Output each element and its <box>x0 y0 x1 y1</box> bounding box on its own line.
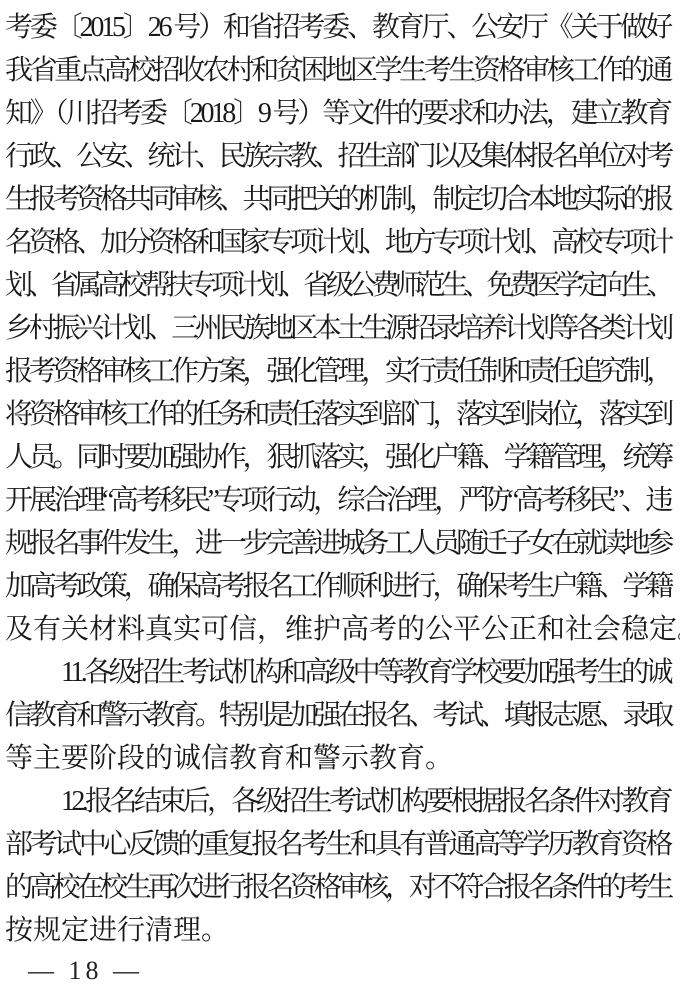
page-number: — 18 — <box>28 956 143 986</box>
text-line: 按规定进行清理。 <box>5 909 670 952</box>
text-line: 知》（川招考委〔2018〕9 号）等文件的要求和办法，建立教育 <box>5 92 670 135</box>
text-line: 部考试中心反馈的重复报名考生和具有普通高等学历教育资格 <box>5 823 670 866</box>
text-line: 等主要阶段的诚信教育和警示教育。 <box>5 737 670 780</box>
text-line: 考委〔2015〕26 号）和省招考委、教育厅、公安厅《关于做好 <box>5 6 670 49</box>
text-line: 我省重点高校招收农村和贫困地区学生考生资格审核工作的通 <box>5 49 670 92</box>
text-line: 划、省属高校帮扶专项计划、省级公费师范生、免费医学定向生、 <box>5 264 670 307</box>
text-line: 生报考资格共同审核、共同把关的机制，制定切合本地实际的报 <box>5 178 670 221</box>
text-line: 开展治理“高考移民”专项行动，综合治理，严防“高考移民”、违 <box>5 479 670 522</box>
text-line: 的高校在校生再次进行报名资格审核，对不符合报名条件的考生 <box>5 866 670 909</box>
text-line: 加高考政策，确保高考报名工作顺利进行，确保考生户籍、学籍 <box>5 565 670 608</box>
text-line: 11.各级招生考试机构和高级中等教育学校要加强考生的诚 <box>5 651 670 694</box>
document-page: 考委〔2015〕26 号）和省招考委、教育厅、公安厅《关于做好 我省重点高校招收… <box>0 0 680 990</box>
text-line: 人员。同时要加强协作，狠抓落实，强化户籍、学籍管理，统筹 <box>5 436 670 479</box>
text-line: 报考资格审核工作方案，强化管理，实行责任制和责任追究制， <box>5 350 670 393</box>
text-line: 乡村振兴计划、三州民族地区本土生源招录培养计划等各类计划 <box>5 307 670 350</box>
text-line: 将资格审核工作的任务和责任落实到部门，落实到岗位，落实到 <box>5 393 670 436</box>
text-line: 12.报名结束后，各级招生考试机构要根据报名条件对教育 <box>5 780 670 823</box>
text-line: 信教育和警示教育。特别是加强在报名、考试、填报志愿、录取 <box>5 694 670 737</box>
text-line: 及有关材料真实可信，维护高考的公平公正和社会稳定。 <box>5 608 670 651</box>
text-line: 规报名事件发生，进一步完善进城务工人员随迁子女在就读地参 <box>5 522 670 565</box>
text-line: 名资格、加分资格和国家专项计划、地方专项计划、高校专项计 <box>5 221 670 264</box>
text-line: 行政、公安、统计、民族宗教、招生部门以及集体报名单位对考 <box>5 135 670 178</box>
